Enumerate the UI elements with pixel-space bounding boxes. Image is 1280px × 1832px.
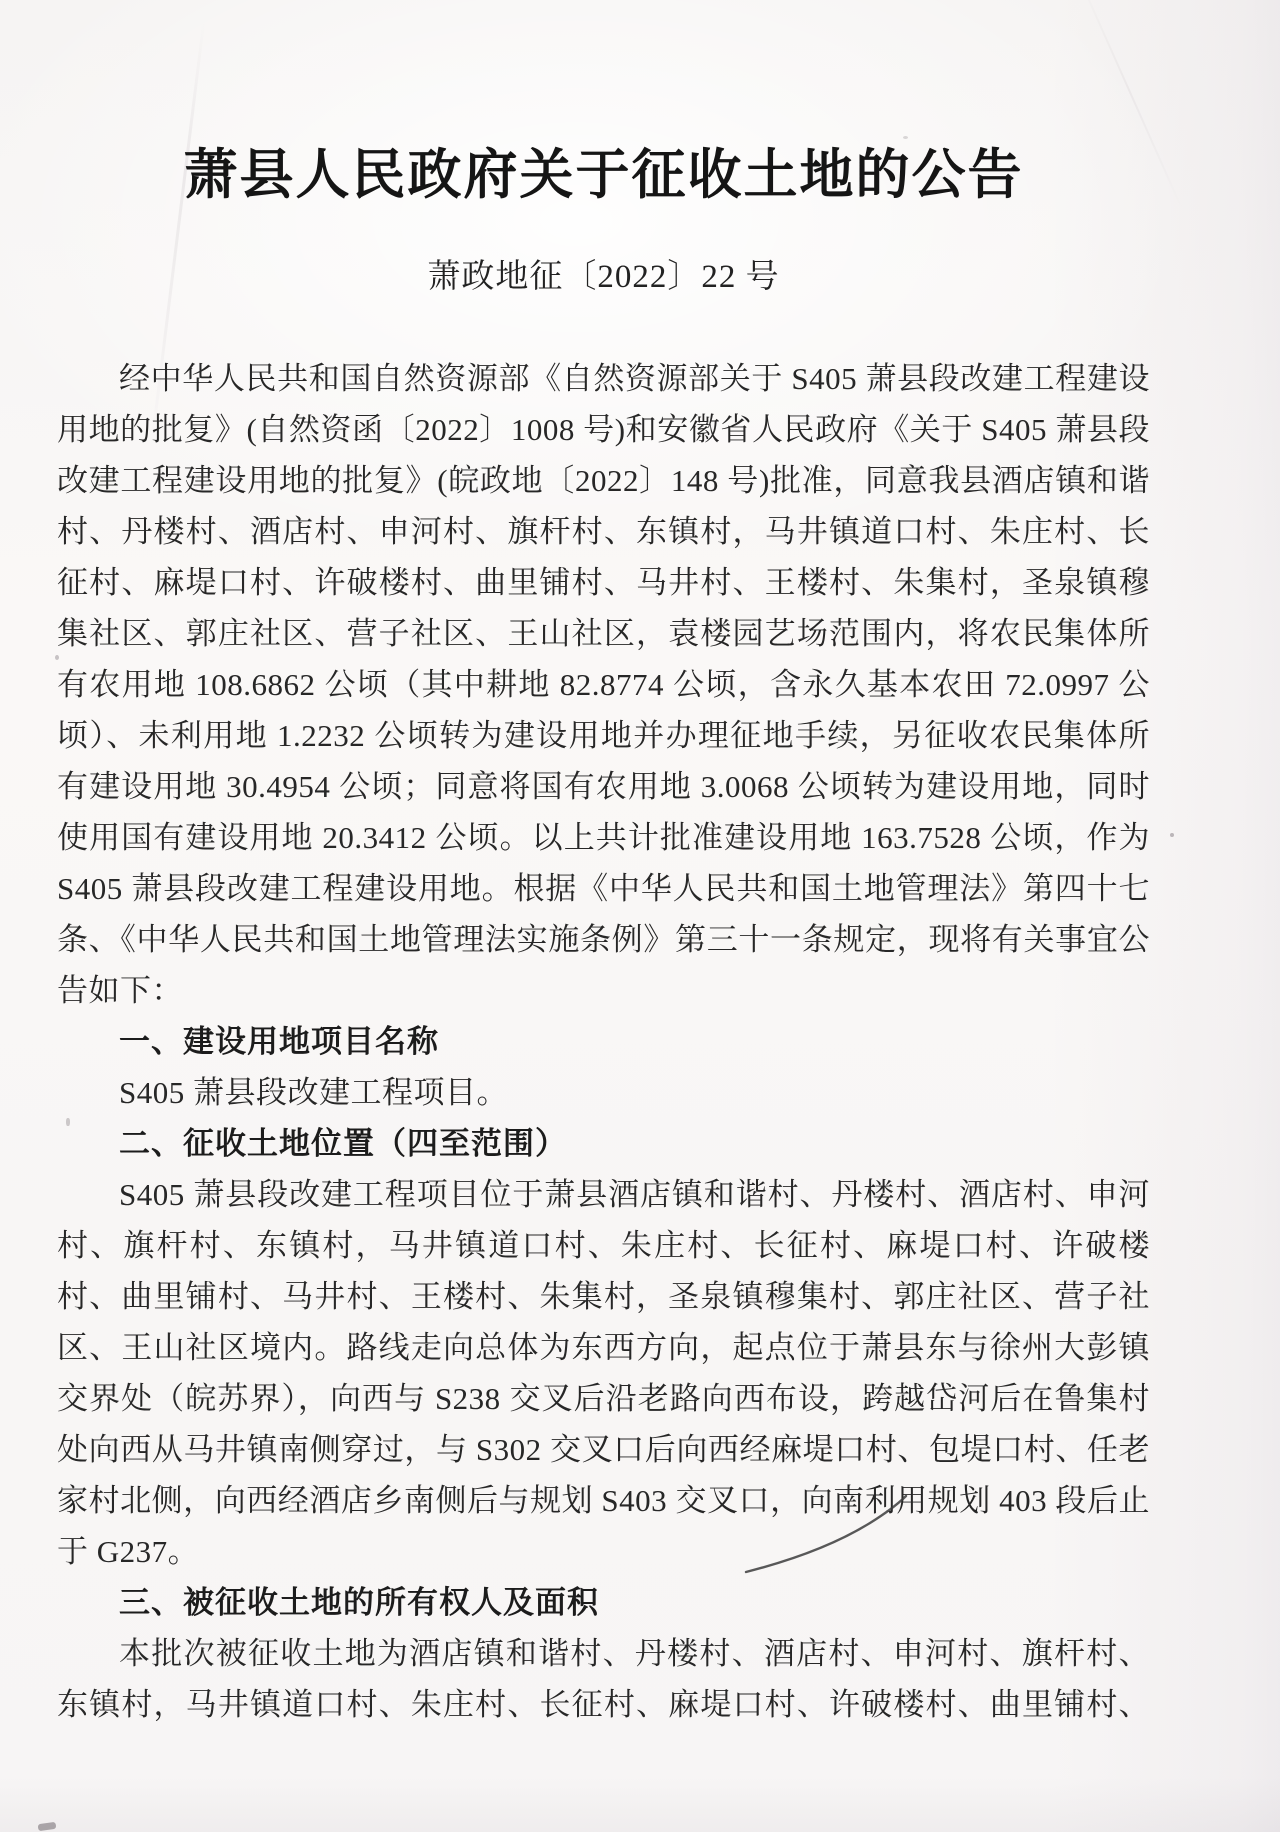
section1-body: S405 萧县段改建工程项目。 bbox=[57, 1067, 1150, 1118]
scan-speck bbox=[903, 136, 908, 139]
pen-stroke-annotation bbox=[738, 1494, 918, 1580]
scanned-document-page: 萧县人民政府关于征收土地的公告 萧政地征〔2022〕22 号 经中华人民共和国自… bbox=[0, 0, 1280, 1832]
scan-speck bbox=[66, 1118, 70, 1126]
scan-speck bbox=[55, 655, 59, 660]
section2-body: S405 萧县段改建工程项目位于萧县酒店镇和谐村、丹楼村、酒店村、申河村、旗杆村… bbox=[57, 1169, 1150, 1577]
section3-body-visible: 本批次被征收土地为酒店镇和谐村、丹楼村、酒店村、申河村、旗杆村、东镇村，马井镇道… bbox=[57, 1628, 1150, 1730]
document-number: 萧政地征〔2022〕22 号 bbox=[57, 255, 1150, 299]
section2-heading: 二、征收土地位置（四至范围） bbox=[57, 1118, 1150, 1169]
section3-heading: 三、被征收土地的所有权人及面积 bbox=[57, 1577, 1150, 1628]
document-content: 萧县人民政府关于征收土地的公告 萧政地征〔2022〕22 号 经中华人民共和国自… bbox=[57, 0, 1150, 1730]
scan-speck bbox=[1170, 833, 1174, 837]
section1-heading: 一、建设用地项目名称 bbox=[57, 1016, 1150, 1067]
document-title: 萧县人民政府关于征收土地的公告 bbox=[57, 143, 1150, 207]
intro-paragraph: 经中华人民共和国自然资源部《自然资源部关于 S405 萧县段改建工程建设用地的批… bbox=[57, 353, 1150, 1016]
scan-smudge-bottom-left bbox=[38, 1822, 57, 1831]
